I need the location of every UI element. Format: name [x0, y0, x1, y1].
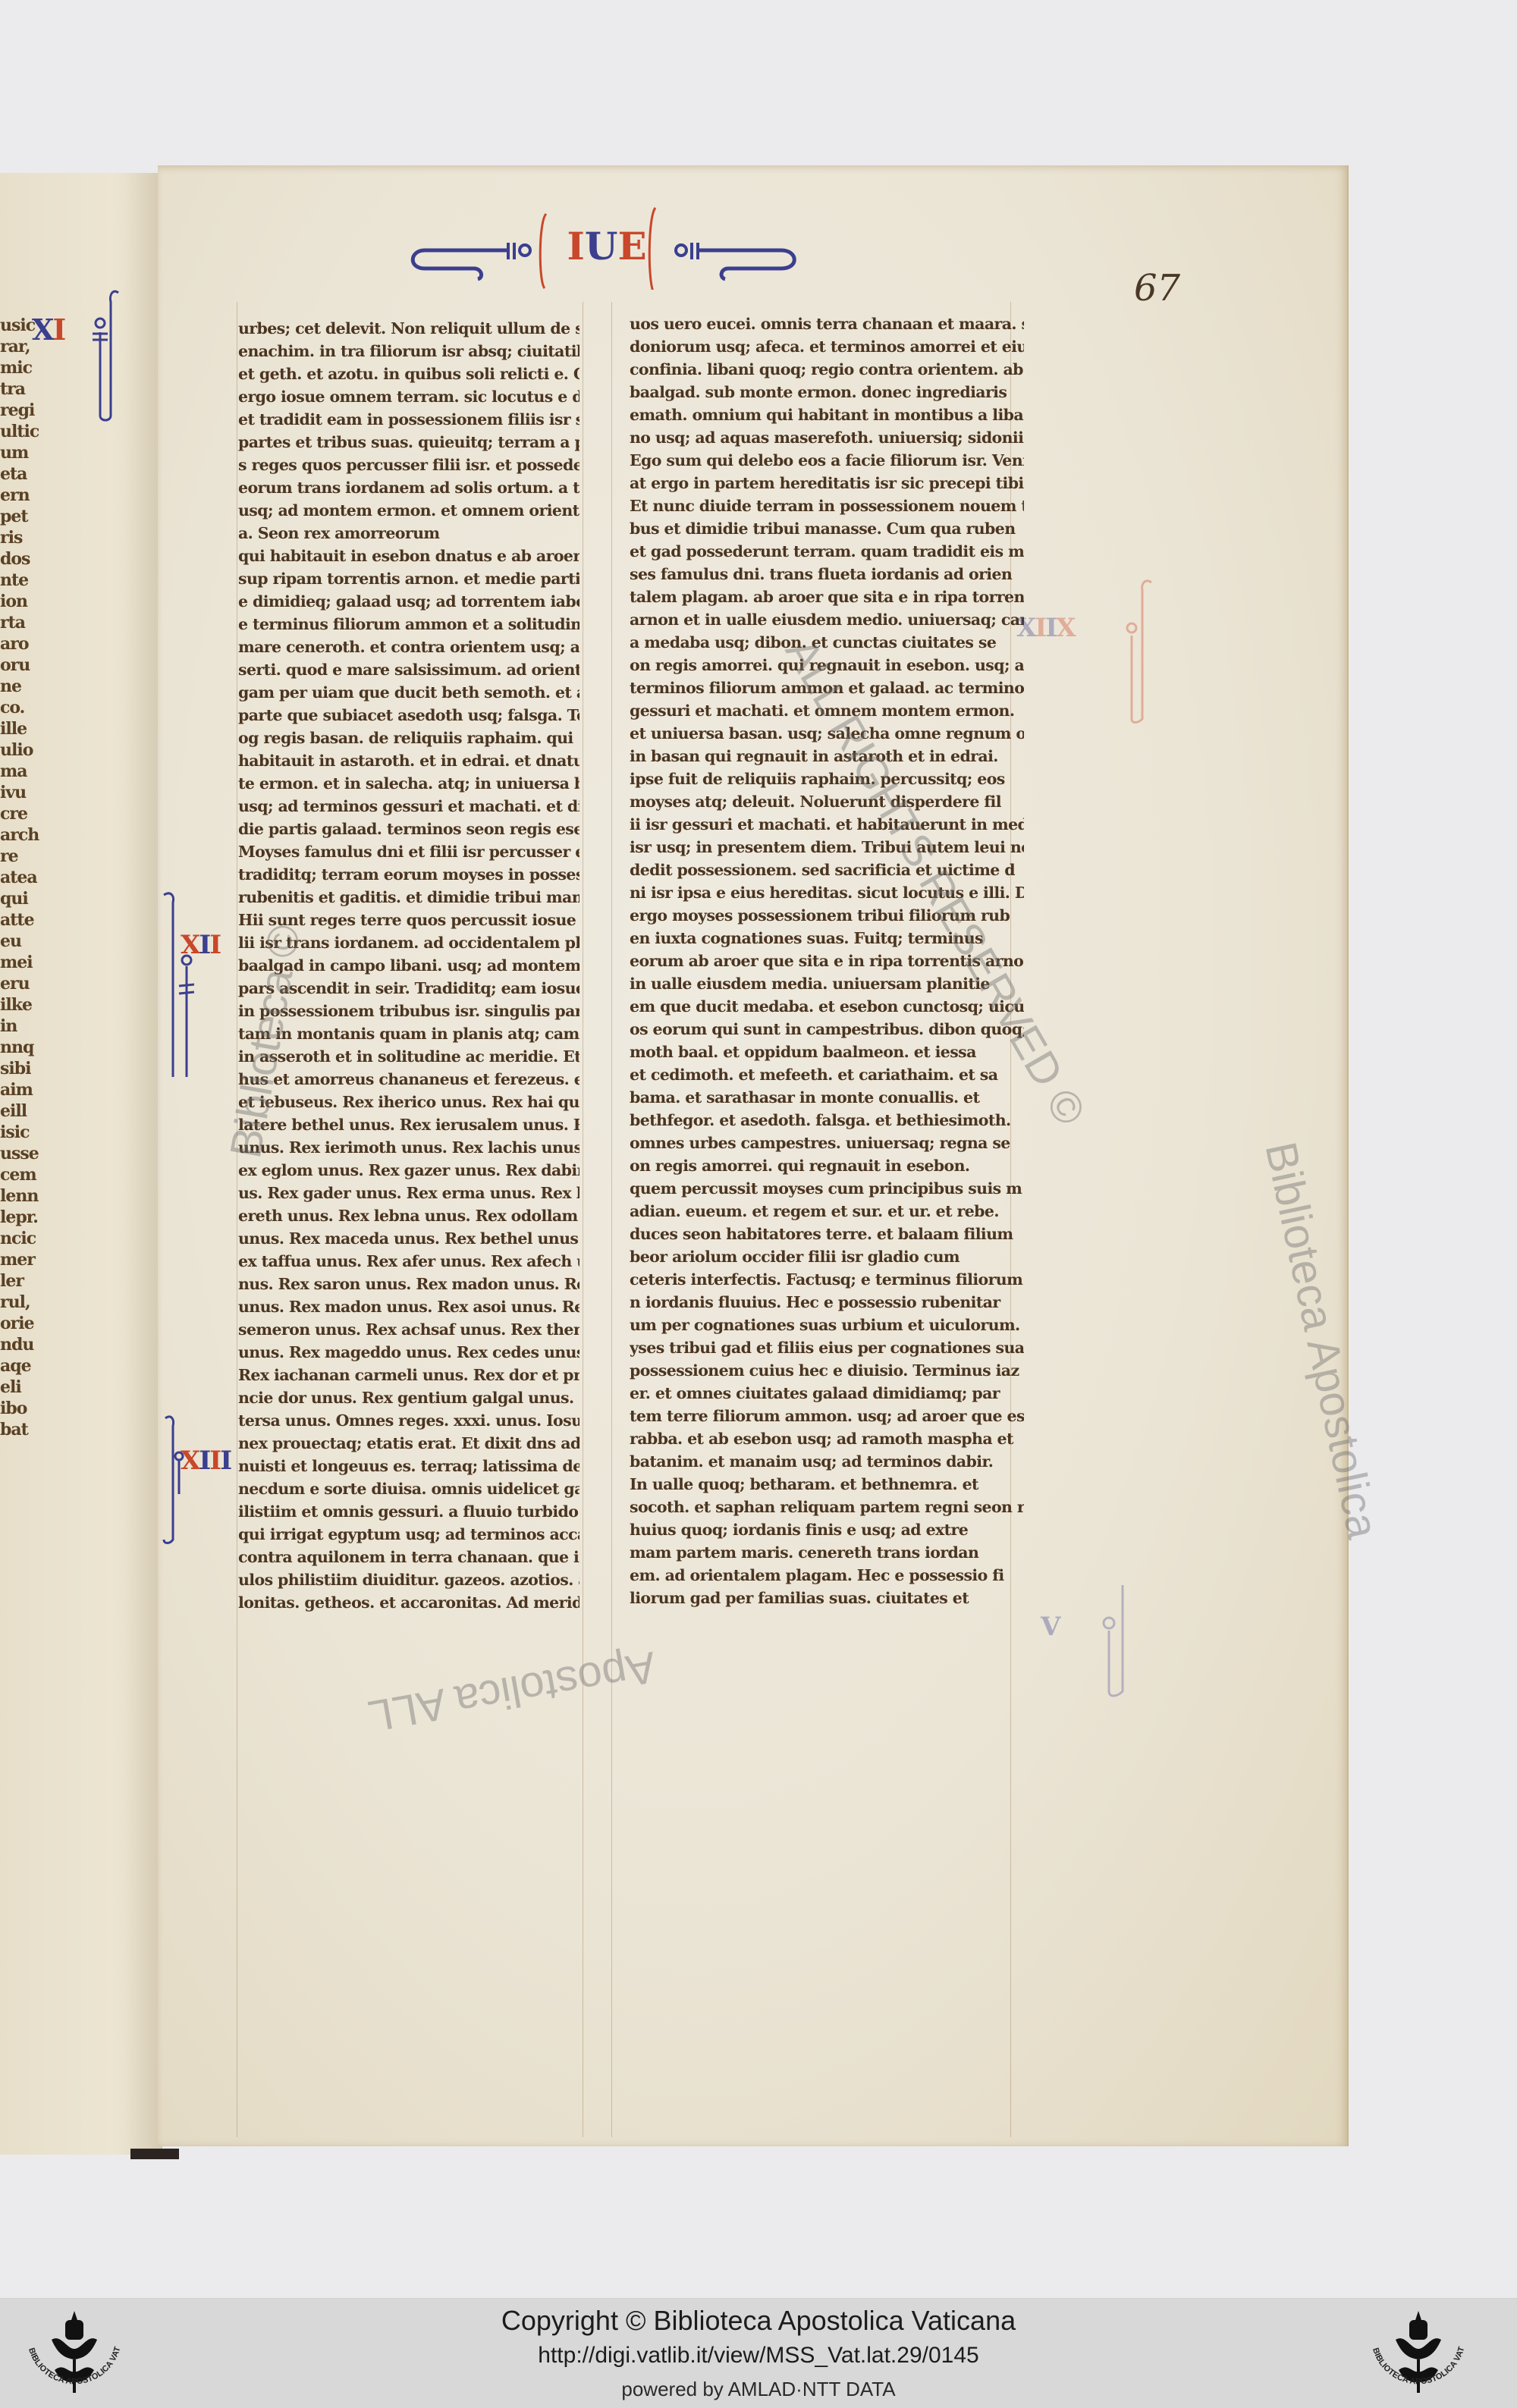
manuscript-line: pet — [0, 506, 44, 527]
manuscript-line: nte — [0, 570, 44, 591]
manuscript-line: rubenitis et gaditis. et dimidie tribui … — [238, 886, 579, 909]
offset-chapter-number-xiix: XIIX — [1016, 613, 1075, 643]
manuscript-line: uos uero eucei. omnis terra chanaan et m… — [630, 312, 1024, 335]
manuscript-line: bat — [0, 1419, 44, 1440]
manuscript-line: bama. et sarathasar in monte conuallis. … — [630, 1086, 1024, 1109]
chapter-xii-pen-flourish-icon — [149, 887, 194, 1085]
chapter-numeral-blue: X — [32, 312, 52, 347]
manuscript-line: ibo — [0, 1398, 44, 1419]
manuscript-line: confinia. libani quoq; regio contra orie… — [630, 358, 1024, 381]
manuscript-line: nus. Rex saron unus. Rex madon unus. Rex… — [238, 1273, 579, 1295]
manuscript-line: duces seon habitatores terre. et balaam … — [630, 1223, 1024, 1245]
manuscript-line: eu — [0, 931, 44, 952]
ruling-line — [583, 302, 583, 2137]
manuscript-line: um — [0, 442, 44, 463]
manuscript-line: mic — [0, 357, 44, 378]
manuscript-line: Moyses famulus dni et filii isr percusse… — [238, 840, 579, 863]
manuscript-line: rul, — [0, 1292, 44, 1313]
manuscript-line: e dimidieq; galaad usq; ad torrentem iab… — [238, 590, 579, 613]
manuscript-line: urbes; cet delevit. Non reliquit ullum d… — [238, 317, 579, 340]
ruling-line — [611, 302, 612, 2137]
manuscript-line: serti. quod e mare salsissimum. ad orien… — [238, 658, 579, 681]
manuscript-line: sup ripam torrentis arnon. et medie part… — [238, 567, 579, 590]
manuscript-line: ceteris interfectis. Factusq; e terminus… — [630, 1268, 1024, 1291]
manuscript-line: orie — [0, 1313, 44, 1334]
manuscript-line: ergo iosue omnem terram. sic locutus e d… — [238, 385, 579, 408]
title-letter: I — [567, 224, 584, 268]
manuscript-line: enachim. in tra filiorum isr absq; ciuit… — [238, 340, 579, 363]
title-letter: E — [617, 224, 646, 268]
manuscript-line: arch — [0, 824, 44, 846]
powered-by-text: powered by AMLAD·NTT DATA — [0, 2378, 1517, 2401]
manuscript-line: ncie dor unus. Rex gentium galgal unus. … — [238, 1386, 579, 1409]
manuscript-line: Et nunc diuide terram in possessionem no… — [630, 494, 1024, 517]
chapter-number-xiii: XIII — [181, 1446, 231, 1476]
manuscript-line: ilke — [0, 994, 44, 1016]
manuscript-line: baalgad. sub monte ermon. donec ingredia… — [630, 381, 1024, 403]
manuscript-line: e terminus filiorum ammon et a solitudin… — [238, 613, 579, 636]
manuscript-line: nex prouectaq; etatis erat. Et dixit dns… — [238, 1432, 579, 1455]
manuscript-line: aim — [0, 1079, 44, 1100]
manuscript-line: semeron unus. Rex achsaf unus. Rex thena… — [238, 1318, 579, 1341]
manuscript-line: Rex iachanan carmeli unus. Rex dor et pr… — [238, 1364, 579, 1386]
verso-gutter-shadow — [124, 173, 161, 2155]
manuscript-line: moth baal. et oppidum baalmeon. et iessa — [630, 1041, 1024, 1063]
manuscript-line: lenn — [0, 1185, 44, 1207]
manuscript-line: unus. Rex madon unus. Rex asoi unus. Rex — [238, 1295, 579, 1318]
manuscript-line: nnq — [0, 1037, 44, 1058]
offset-pen-flourish-icon — [1092, 1578, 1138, 1699]
manuscript-line: te ermon. et in salecha. atq; in uniuers… — [238, 772, 579, 795]
manuscript-line: ille — [0, 718, 44, 739]
manuscript-line: n iordanis fluuius. Hec e possessio rube… — [630, 1291, 1024, 1314]
manuscript-line: usq; ad montem ermon. et omnem orientale… — [238, 499, 579, 522]
manuscript-line: socoth. et saphan reliquam partem regni … — [630, 1496, 1024, 1518]
manuscript-line: ris — [0, 527, 44, 548]
manuscript-line: Ego sum qui delebo eos a facie filiorum … — [630, 449, 1024, 472]
manuscript-line: qui — [0, 888, 44, 909]
title-letter: U — [585, 224, 618, 268]
manuscript-line: quem percussit moyses cum principibus su… — [630, 1177, 1024, 1200]
manuscript-line: dedit possessionem. sed sacrificia et ui… — [630, 859, 1024, 881]
manuscript-line: ern — [0, 485, 44, 506]
manuscript-line: ex eglom unus. Rex gazer unus. Rex dabir… — [238, 1159, 579, 1182]
verso-pen-flourish-icon — [90, 287, 127, 423]
offset-pen-flourish-icon — [1115, 575, 1161, 727]
manuscript-line: in basan qui regnauit in astaroth et in … — [630, 745, 1024, 768]
manuscript-line: sibi — [0, 1058, 44, 1079]
chapter-numeral-red: I — [52, 312, 64, 347]
manuscript-line: et gad possederunt terram. quam tradidit… — [630, 540, 1024, 563]
manuscript-line: em que ducit medaba. et esebon cunctosq;… — [630, 995, 1024, 1018]
manuscript-line: bethfegor. et asedoth. falsga. et bethie… — [630, 1109, 1024, 1132]
viewer-footer: BIBLIOTECA APOSTOLICA VATICANA Copyright… — [0, 2298, 1517, 2408]
manuscript-line: ilistiim et omnis gessuri. a fluuio turb… — [238, 1500, 579, 1523]
manuscript-line: latere bethel unus. Rex ierusalem unus. … — [238, 1113, 579, 1136]
verso-chapter-number: XI — [32, 312, 64, 347]
manuscript-line: gam per uiam que ducit beth semoth. et a… — [238, 681, 579, 704]
manuscript-line: rta — [0, 612, 44, 633]
manuscript-line: qui habitauit in esebon dnatus e ab aroe… — [238, 545, 579, 567]
manuscript-line: eru — [0, 973, 44, 994]
offset-chapter-number-xv: V — [1041, 1612, 1059, 1642]
manuscript-line: in — [0, 1016, 44, 1037]
manuscript-line: isic — [0, 1122, 44, 1143]
manuscript-line: eta — [0, 463, 44, 485]
manuscript-line: s reges quos percusser filii isr. et pos… — [238, 454, 579, 476]
manuscript-line: atea — [0, 867, 44, 888]
manuscript-line: doniorum usq; afeca. et terminos amorrei… — [630, 335, 1024, 358]
manuscript-line: re — [0, 846, 44, 867]
manuscript-line: yses tribui gad et filiis eius per cogna… — [630, 1336, 1024, 1359]
manuscript-line: In ualle quoq; betharam. et bethnemra. e… — [630, 1473, 1024, 1496]
manuscript-line: partes et tribus suas. quieuitq; terram … — [238, 431, 579, 454]
manuscript-line: die partis galaad. terminos seon regis e… — [238, 818, 579, 840]
manuscript-line: dos — [0, 548, 44, 570]
manuscript-line: ulos philistiim diuiditur. gazeos. azoti… — [238, 1568, 579, 1591]
manuscript-line: possessionem cuius hec e diuisio. Termin… — [630, 1359, 1024, 1382]
manuscript-line: unus. Rex ierimoth unus. Rex lachis unus… — [238, 1136, 579, 1159]
manuscript-line: ulio — [0, 739, 44, 761]
manuscript-line: ex taffua unus. Rex afer unus. Rex afech… — [238, 1250, 579, 1273]
manuscript-line: ler — [0, 1270, 44, 1292]
manuscript-line: em. ad orientalem plagam. Hec e possessi… — [630, 1564, 1024, 1587]
manuscript-line: et geth. et azotu. in quibus soli relict… — [238, 363, 579, 385]
manuscript-line: arnon et in ualle eiusdem medio. uniuers… — [630, 608, 1024, 631]
manuscript-line: tra — [0, 378, 44, 400]
manuscript-line: ereth unus. Rex lebna unus. Rex odollam — [238, 1204, 579, 1227]
manuscript-line: tersa unus. Omnes reges. xxxi. unus. Ios… — [238, 1409, 579, 1432]
manuscript-line: usq; ad terminos gessuri et machati. et … — [238, 795, 579, 818]
manuscript-line: et iebuseus. Rex iherico unus. Rex hai q… — [238, 1091, 579, 1113]
manuscript-line: habitauit in astaroth. et in edrai. et d… — [238, 749, 579, 772]
manuscript-line: omnes urbes campestres. uniuersaq; regna… — [630, 1132, 1024, 1154]
manuscript-line: os eorum qui sunt in campestribus. dibon… — [630, 1018, 1024, 1041]
manuscript-line: qui irrigat egyptum usq; ad terminos acc… — [238, 1523, 579, 1546]
manuscript-line: co. — [0, 697, 44, 718]
manuscript-line: ultic — [0, 421, 44, 442]
manuscript-line: adian. eueum. et regem et sur. et ur. et… — [630, 1200, 1024, 1223]
manuscript-line: cem — [0, 1164, 44, 1185]
manuscript-line: rabba. et ab esebon usq; ad ramoth masph… — [630, 1427, 1024, 1450]
manuscript-line: a. Seon rex amorreorum — [238, 522, 579, 545]
manuscript-line: ma — [0, 761, 44, 782]
manuscript-line: eorum trans iordanem ad solis ortum. a t… — [238, 476, 579, 499]
manuscript-line: ncic — [0, 1228, 44, 1249]
manuscript-line: ion — [0, 591, 44, 612]
manuscript-line: ndu — [0, 1334, 44, 1355]
manuscript-line: eli — [0, 1377, 44, 1398]
running-title: IUE — [394, 199, 819, 290]
manuscript-line: ne — [0, 676, 44, 697]
manuscript-line: ivu — [0, 782, 44, 803]
manuscript-line: unus. Rex mageddo unus. Rex cedes unus. — [238, 1341, 579, 1364]
manuscript-line: et cedimoth. et mefeeth. et cariathaim. … — [630, 1063, 1024, 1086]
binding-clasp — [130, 2149, 179, 2159]
ruling-line — [237, 302, 237, 2137]
manuscript-line: parte que subiacet asedoth usq; falsga. … — [238, 704, 579, 727]
manuscript-line: beor ariolum occider filii isr gladio cu… — [630, 1245, 1024, 1268]
manuscript-line: necdum e sorte diuisa. omnis uidelicet g… — [238, 1477, 579, 1500]
manuscript-line: liorum gad per familias suas. ciuitates … — [630, 1587, 1024, 1609]
manuscript-line: mei — [0, 952, 44, 973]
manuscript-line: um per cognationes suas urbium et uiculo… — [630, 1314, 1024, 1336]
manuscript-line: huius quoq; iordanis finis e usq; ad ext… — [630, 1518, 1024, 1541]
manuscript-line: tradiditq; terram eorum moyses in posses… — [238, 863, 579, 886]
running-title-letters: IUE — [535, 228, 679, 265]
manuscript-line: contra aquilonem in terra chanaan. que i… — [238, 1546, 579, 1568]
manuscript-line: hus et amorreus chananeus et ferezeus. e… — [238, 1068, 579, 1091]
manuscript-line: isr usq; in presentem diem. Tribui autem… — [630, 836, 1024, 859]
manuscript-line: moyses atq; deleuit. Noluerunt disperder… — [630, 790, 1024, 813]
manuscript-line: bus et dimidie tribui manasse. Cum qua r… — [630, 517, 1024, 540]
copyright-text: Copyright © Biblioteca Apostolica Vatica… — [0, 2305, 1517, 2337]
manuscript-line: regi — [0, 400, 44, 421]
manuscript-line: usse — [0, 1143, 44, 1164]
manuscript-line: emath. omnium qui habitant in montibus a… — [630, 403, 1024, 426]
manuscript-line: lepr. — [0, 1207, 44, 1228]
manuscript-line: aro — [0, 633, 44, 655]
manuscript-line: batanim. et manaim usq; ad terminos dabi… — [630, 1450, 1024, 1473]
manuscript-line: ses famulus dni. trans flueta iordanis a… — [630, 563, 1024, 586]
manuscript-line: er. et omnes ciuitates galaad dimidiamq;… — [630, 1382, 1024, 1405]
chapter-xiii-pen-flourish-icon — [156, 1411, 187, 1547]
permalink-url[interactable]: http://digi.vatlib.it/view/MSS_Vat.lat.2… — [0, 2343, 1517, 2369]
manuscript-line: us. Rex gader unus. Rex erma unus. Rex h — [238, 1182, 579, 1204]
manuscript-line: tem terre filiorum ammon. usq; ad aroer … — [630, 1405, 1024, 1427]
manuscript-line: oru — [0, 655, 44, 676]
manuscript-line: mer — [0, 1249, 44, 1270]
manuscript-line: atte — [0, 909, 44, 931]
manuscript-line: og regis basan. de reliquiis raphaim. qu… — [238, 727, 579, 749]
manuscript-line: at ergo in partem hereditatis isr sic pr… — [630, 472, 1024, 494]
manuscript-line: no usq; ad aquas maserefoth. uniuersiq; … — [630, 426, 1024, 449]
manuscript-line: et tradidit eam in possessionem filiis i… — [238, 408, 579, 431]
manuscript-line: unus. Rex maceda unus. Rex bethel unus. … — [238, 1227, 579, 1250]
manuscript-line: mare ceneroth. et contra orientem usq; a… — [238, 636, 579, 658]
manuscript-line: aqe — [0, 1355, 44, 1377]
folio-number: 67 — [1134, 267, 1180, 309]
manuscript-line: ipse fuit de reliquiis raphaim. percussi… — [630, 768, 1024, 790]
manuscript-line: on regis amorrei. qui regnauit in esebon… — [630, 1154, 1024, 1177]
vatican-library-seal-icon: BIBLIOTECA APOSTOLICA VATICANA — [1365, 2303, 1471, 2406]
manuscript-line: lonitas. getheos. et accaronitas. Ad mer… — [238, 1591, 579, 1614]
manuscript-line: cre — [0, 803, 44, 824]
manuscript-line: eill — [0, 1100, 44, 1122]
manuscript-line: ii isr gessuri et machati. et habitaueru… — [630, 813, 1024, 836]
manuscript-line: nuisti et longeuus es. terraq; latissima… — [238, 1455, 579, 1477]
verso-text-fragments: usicrar,mictraregiulticumetaernpetrisdos… — [0, 315, 44, 1440]
manuscript-line: mam partem maris. cenereth trans iordan — [630, 1541, 1024, 1564]
manuscript-line: talem plagam. ab aroer que sita e in rip… — [630, 586, 1024, 608]
